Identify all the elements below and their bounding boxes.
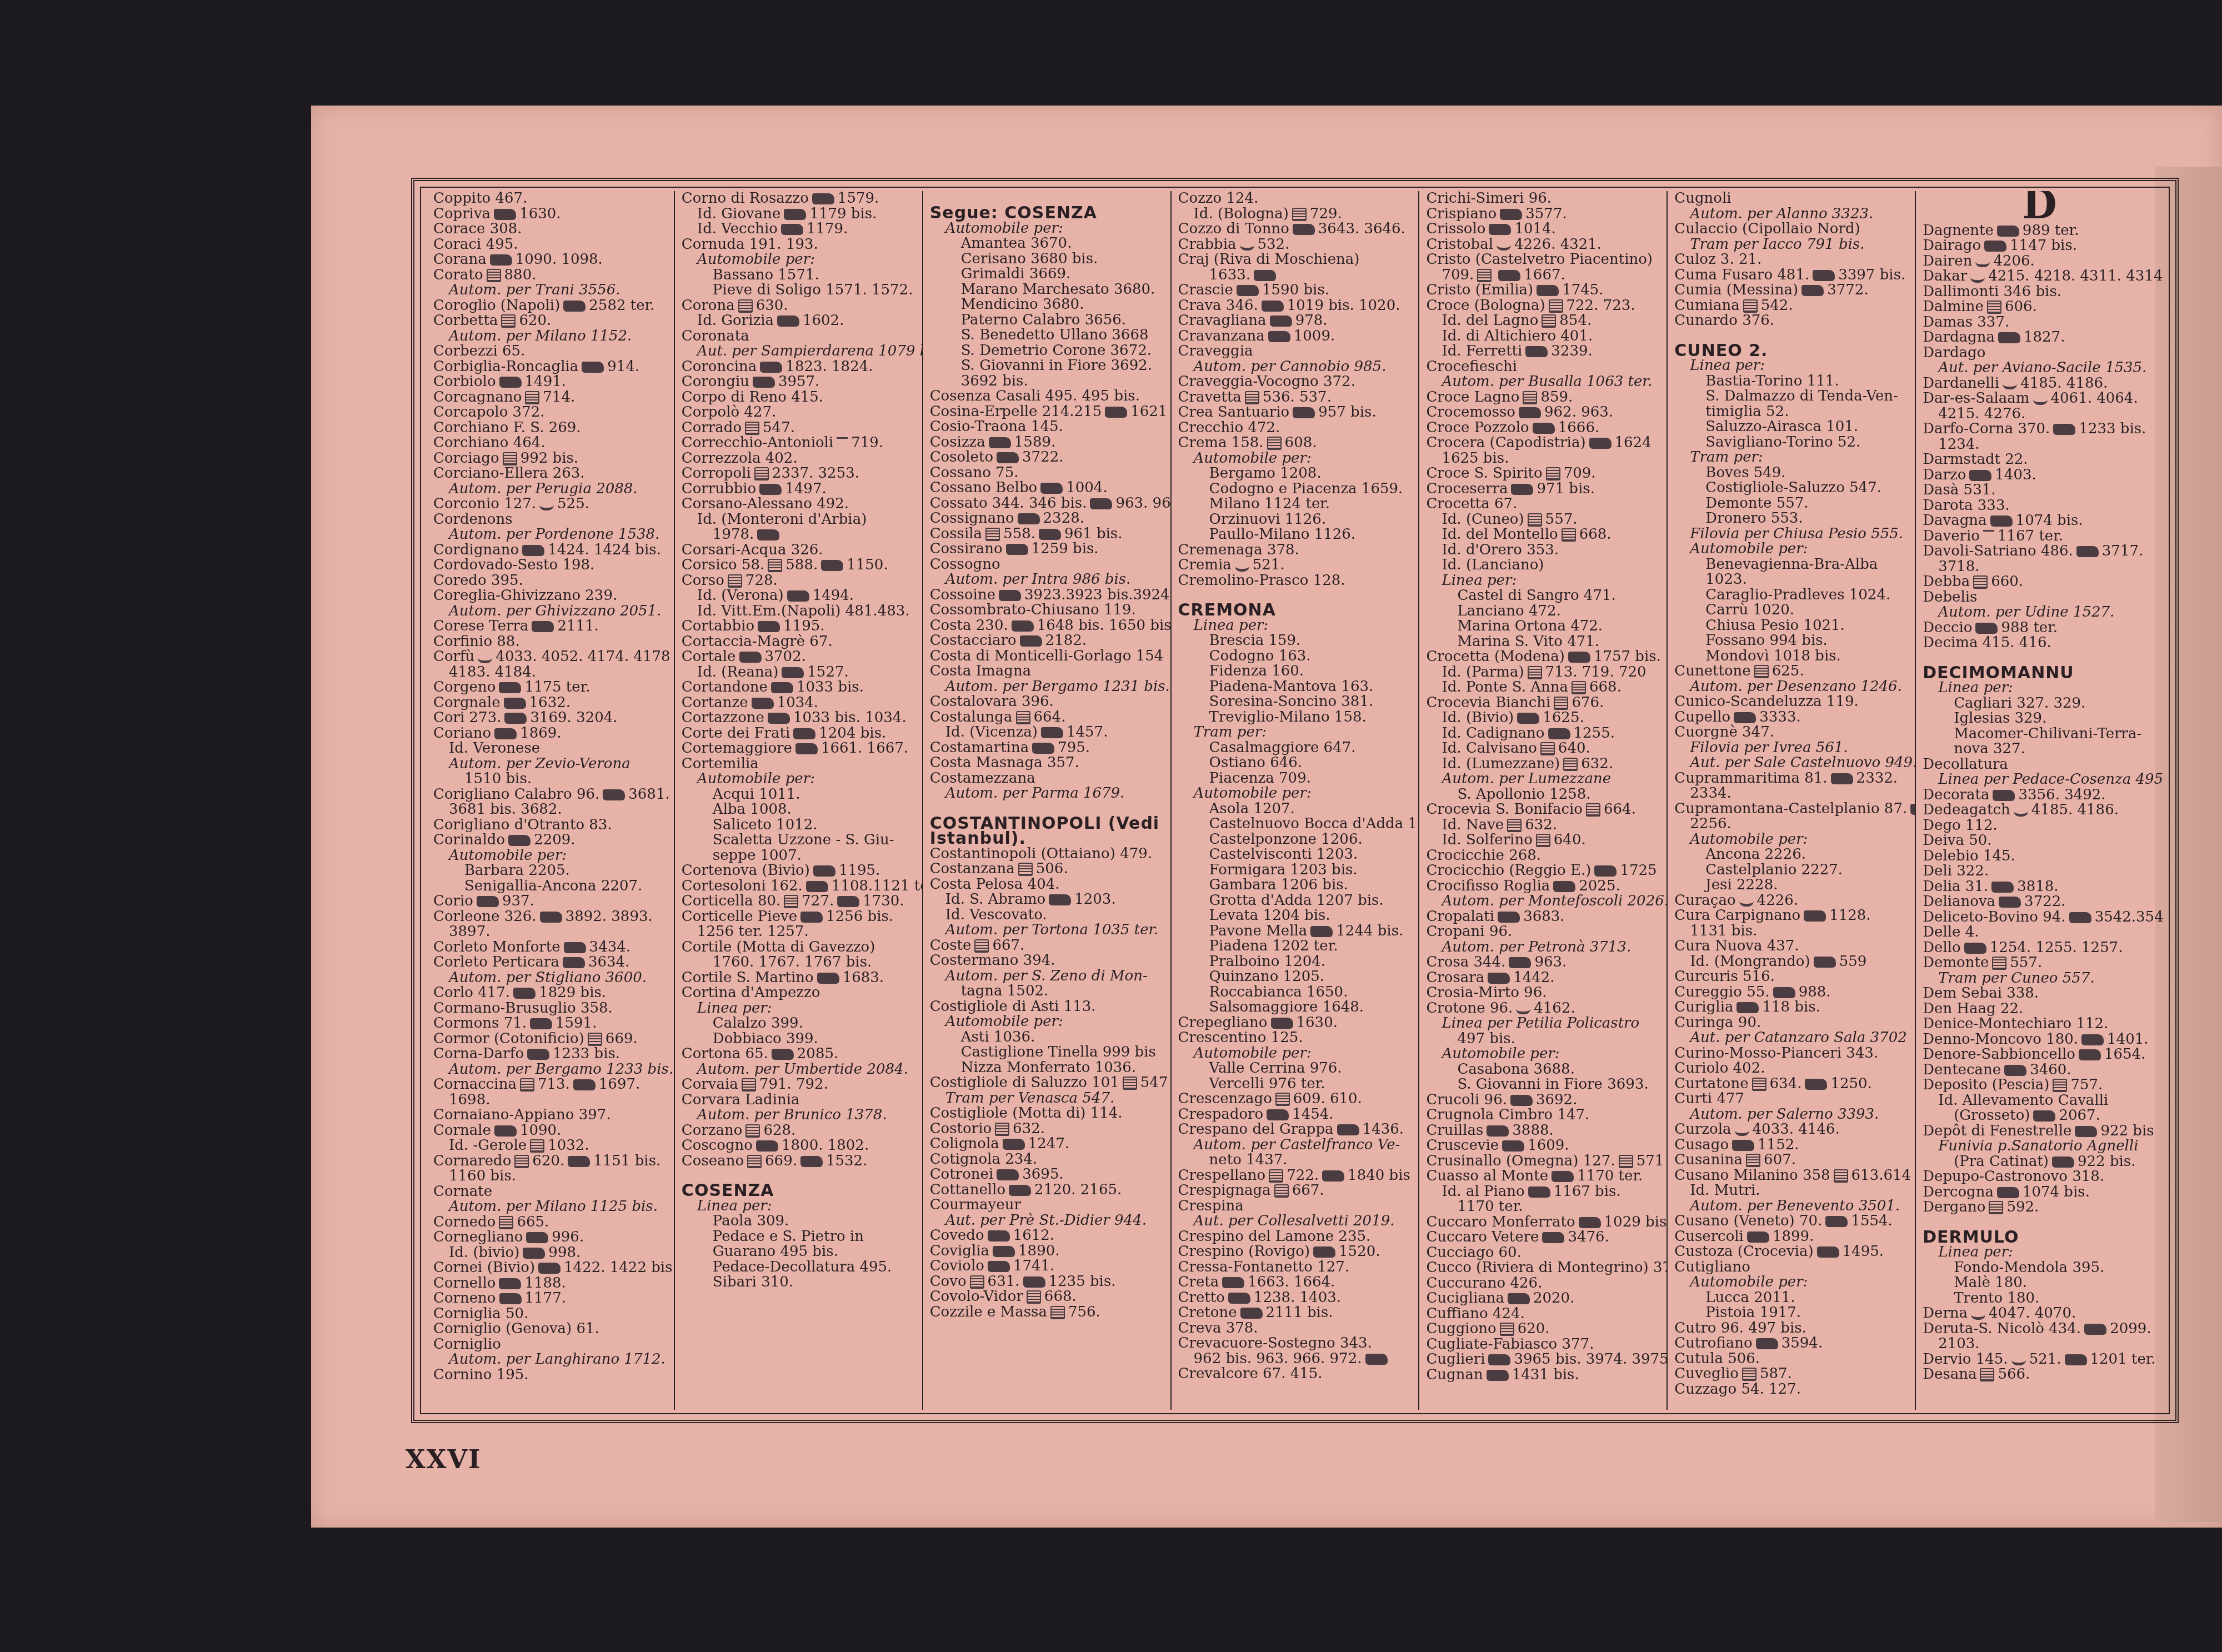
entry-text: Corvara Ladinia	[682, 1092, 800, 1108]
entry-text: neto 1437.	[1209, 1152, 1288, 1168]
entry-text: Codogno e Piacenza 1659.	[1209, 480, 1403, 497]
index-entry: Deposito (Pescia)757.	[1923, 1078, 2156, 1093]
entry-refs: 668.	[1044, 1288, 1077, 1305]
entry-text: 2334.	[1690, 785, 1731, 802]
bus-icon	[526, 1232, 548, 1243]
entry-text: Cremolino-Prasco 128.	[1178, 572, 1345, 589]
index-entry: Costermano 394.	[930, 953, 1164, 969]
index-entry: Crocevia S. Bonifacio664.	[1426, 802, 1660, 818]
entry-text: Curtatone	[1674, 1075, 1748, 1092]
index-entry: Costorio632.	[930, 1122, 1164, 1137]
entry-refs: 1661. 1667.	[821, 740, 908, 757]
index-entry: Cortile (Motta di Gavezzo)	[682, 940, 915, 955]
entry-refs: 630.	[756, 297, 788, 314]
bus-icon	[494, 728, 517, 739]
entry-text: Linea per Petilia Policastro	[1442, 1015, 1639, 1032]
bus-icon	[1012, 620, 1034, 632]
index-entry: Id. Solferino640.	[1426, 833, 1660, 848]
bus-icon	[2004, 1065, 2026, 1076]
bus-icon	[1814, 957, 1836, 968]
entry-text: Crocera (Capodistria)	[1426, 434, 1585, 451]
entry-text: Costigliole di Saluzzo 101	[930, 1074, 1119, 1091]
entry-refs-2: 1840 bis	[1348, 1167, 1410, 1184]
bus-icon	[1734, 712, 1756, 723]
index-entry: Cordenons	[433, 512, 667, 528]
entry-text: Funivia p.Sanatorio Agnelli	[1938, 1138, 2138, 1154]
tram-icon	[520, 1078, 534, 1092]
entry-text: Autom. per Busalla 1063 ter.	[1442, 373, 1652, 390]
index-entry: Saluzzo-Airasca 101.	[1674, 419, 1908, 435]
entry-refs: 2332.	[1856, 770, 1898, 787]
index-entry: Autom. per Stigliano 3600.	[433, 970, 667, 986]
entry-text: Crucoli 96.	[1426, 1092, 1507, 1108]
entry-text: Linea per:	[697, 1198, 772, 1214]
bus-icon	[1969, 470, 1991, 481]
index-entry: Crava 346.1019 bis. 1020.	[1178, 298, 1412, 314]
entry-refs: 3594.	[1781, 1335, 1823, 1351]
index-entry: Corleto Perticara3634.	[433, 955, 667, 970]
index-entry: Cristo (Emilia)1745.	[1426, 283, 1660, 298]
index-entry: Cordovado-Sesto 198.	[433, 558, 667, 573]
entry-text: Cravanzana	[1178, 328, 1265, 344]
entry-refs: 1869.	[520, 725, 561, 742]
index-entry: Cagliari 327. 329.	[1923, 696, 2156, 712]
entry-refs: 713. 719. 720	[1545, 664, 1647, 680]
bus-icon	[752, 698, 774, 709]
entry-text: Cucciago 60.	[1426, 1244, 1522, 1261]
index-entry: Cossogno	[930, 557, 1164, 573]
entry-refs: 1090.	[520, 1122, 561, 1139]
entry-text: Crusinallo (Omegna) 127.	[1426, 1153, 1615, 1169]
entry-text: Pistoia 1917.	[1705, 1304, 1801, 1321]
index-entry: Soresina-Soncino 381.	[1178, 694, 1412, 710]
tram-icon	[1292, 208, 1307, 221]
entry-refs: 1255.	[1574, 725, 1615, 742]
entry-text: Id. Cadignano	[1442, 725, 1544, 742]
index-entry: Costamezzana	[930, 771, 1164, 787]
index-entry: Treviglio-Milano 158.	[1178, 710, 1412, 725]
index-entry: Cossoine3923.3923 bis.3924.	[930, 588, 1164, 603]
index-entry: Cossano Belbo1004.	[930, 480, 1164, 496]
entry-text: Cugnan	[1426, 1366, 1483, 1383]
entry-text: Debba	[1923, 573, 1970, 590]
entry-refs: 2099.	[2110, 1320, 2151, 1337]
tram-icon	[1746, 1154, 1760, 1167]
index-entry: Automobile per:	[930, 221, 1164, 237]
index-entry: Crevalcore 67. 415.	[1178, 1366, 1412, 1382]
entry-text: Linea per:	[1938, 679, 2013, 696]
index-entry: Cuma Fusaro 481.3397 bis.	[1674, 268, 1908, 283]
bus-icon	[757, 529, 779, 540]
bus-icon	[2065, 1354, 2087, 1365]
index-entry: S. Demetrio Corone 3672.	[930, 343, 1164, 359]
entry-refs: 3169. 3204.	[530, 709, 617, 726]
entry-text: Cossignano	[930, 510, 1014, 527]
index-entry: Cutula 506.	[1674, 1351, 1908, 1367]
entry-text: Costantinopoli (Ottaiano) 479.	[930, 845, 1152, 862]
index-entry: Casabona 3688.	[1426, 1062, 1660, 1078]
entry-text: Cristo (Emilia)	[1426, 282, 1533, 298]
entry-text: Dardagna	[1923, 329, 1995, 346]
index-entry: Copriva1630.	[433, 207, 667, 222]
tram-icon	[1267, 437, 1282, 450]
index-entry: Pedace-Decollatura 495.	[682, 1260, 915, 1275]
bus-icon	[1039, 529, 1061, 540]
entry-text: Costermano 394.	[930, 952, 1055, 969]
entry-refs: 669.	[765, 1153, 797, 1169]
index-entry: Autom. per Ghivizzano 2051.	[433, 604, 667, 619]
entry-refs: 118 bis.	[1762, 999, 1820, 1015]
entry-refs: 1495.	[1843, 1243, 1884, 1260]
index-entry: Corciago992 bis.	[433, 451, 667, 467]
tram-icon	[503, 452, 517, 465]
index-entry: Pavone Mella1244 bis.	[1178, 924, 1412, 939]
bus-icon	[513, 988, 536, 999]
entry-refs: 992 bis.	[521, 450, 578, 467]
entry-text: Jesi 2228.	[1705, 877, 1778, 893]
entry-text: timiglia 52.	[1705, 403, 1789, 420]
index-entry: Cortona 65.2085.	[682, 1047, 915, 1062]
index-entry: Corpolò 427.	[682, 405, 915, 420]
entry-text: Cortaccia-Magrè 67.	[682, 633, 833, 650]
entry-refs: 608.	[1285, 434, 1317, 451]
index-entry: Corvara Ladinia	[682, 1093, 915, 1108]
entry-text: Crocicchio (Reggio E.)	[1426, 862, 1591, 879]
entry-text: Corbetta	[433, 312, 498, 329]
index-entry: Autom. per Trani 3556.	[433, 283, 667, 298]
entry-text: Crespignaga	[1178, 1182, 1271, 1199]
index-entry: S. Benedetto Ullano 3668	[930, 328, 1164, 343]
tram-icon	[1987, 301, 2001, 314]
index-entry: Cortaccia-Magrè 67.	[682, 634, 915, 650]
index-entry: Depupo-Castronovo 318.	[1923, 1169, 2156, 1185]
index-entry: Autom. per Busalla 1063 ter.	[1426, 374, 1660, 390]
index-entry: 1978.	[682, 527, 915, 543]
bus-icon	[1009, 1185, 1031, 1196]
index-entry: Cusano (Veneto) 70.1554.	[1674, 1214, 1908, 1229]
bus-icon	[1998, 332, 2020, 343]
bus-icon	[1817, 1246, 1839, 1258]
entry-refs: 1579.	[838, 191, 879, 207]
entry-text: Cossombrato-Chiusano 119.	[930, 602, 1136, 618]
steamer-icon	[1735, 1124, 1749, 1136]
index-entry: Amantea 3670.	[930, 236, 1164, 252]
bus-icon	[1801, 285, 1824, 296]
index-entry: Id. del Lagno854.	[1426, 313, 1660, 329]
index-entry: Corneno1177.	[433, 1291, 667, 1306]
entry-text: Marano Marchesato 3680.	[961, 281, 1155, 298]
index-entry: Davoli-Satriano 486.3717.	[1923, 544, 2156, 559]
index-entry: Cortanze1034.	[682, 695, 915, 711]
entry-refs: 1179.	[807, 221, 848, 237]
index-entry: Costa 230.1648 bis. 1650 bis.	[930, 618, 1164, 634]
index-entry: Macomer-Chilivani-Terra-	[1923, 727, 2156, 742]
entry-refs: 1630.	[1297, 1014, 1338, 1031]
index-entry: Crocefieschi	[1426, 359, 1660, 375]
entry-refs: 557.	[1545, 511, 1578, 528]
entry-text: Cosizza	[930, 434, 985, 450]
index-entry: Autom. per Langhirano 1712.	[433, 1352, 667, 1368]
entry-text: Malè 180.	[1954, 1274, 2027, 1291]
bus-icon	[2075, 1126, 2097, 1137]
index-entry: Chiusa Pesio 1021.	[1674, 618, 1908, 634]
index-entry: Piadena-Mantova 163.	[1178, 679, 1412, 695]
entry-refs: 859.	[1540, 389, 1573, 406]
entry-text: Coroncina	[682, 358, 757, 375]
entry-text: Autom. per Langhirano 1712.	[449, 1351, 665, 1368]
index-entry: Curiolo 402.	[1674, 1061, 1908, 1077]
entry-refs: 613.614	[1851, 1167, 1911, 1184]
entry-text: Croce (Bologna)	[1426, 297, 1545, 314]
bus-icon	[499, 377, 522, 388]
entry-text: Darzo	[1923, 467, 1966, 483]
entry-refs: 709.	[1564, 465, 1596, 482]
index-entry: Id. (Bologna)729.	[1178, 207, 1412, 222]
tram-icon	[747, 1155, 762, 1168]
entry-text: Corneno	[433, 1290, 496, 1306]
entry-text: Castelvisconti 1203.	[1209, 846, 1358, 863]
index-entry: Corropoli2337. 3253.	[682, 466, 915, 482]
entry-refs: 3892. 3893.	[565, 908, 653, 925]
bus-icon	[530, 1018, 552, 1029]
index-entry: S. Giovanni in Fiore 3692.	[930, 358, 1164, 374]
entry-text: Chiusa Pesio 1021.	[1705, 617, 1845, 634]
index-entry: 4183. 4184.	[433, 665, 667, 680]
entry-text: Cusercoli	[1674, 1228, 1744, 1245]
entry-refs: 3717.	[2102, 543, 2143, 559]
entry-refs: 1648 bis. 1650 bis.	[1037, 617, 1172, 634]
index-entry: Id. Ferretti3239.	[1426, 344, 1660, 359]
index-entry: Dallimonti 346 bis.	[1923, 284, 2156, 300]
entry-text: Autom. per Ghivizzano 2051.	[449, 603, 661, 619]
entry-refs: 1757 bis.	[1594, 648, 1661, 665]
entry-refs: 937.	[502, 893, 534, 909]
entry-text: Dairago	[1923, 237, 1981, 254]
index-entry: Culaccio (Cipollaio Nord)	[1674, 222, 1908, 237]
index-entry: Delebio 145.	[1923, 849, 2156, 864]
entry-text: Crissolo	[1426, 221, 1485, 237]
index-entry: Costa Pelosa 404.	[930, 877, 1164, 893]
entry-text: Aut. per Collesalvetti 2019.	[1194, 1213, 1395, 1229]
entry-text: Cutrofiano	[1674, 1335, 1752, 1351]
tram-icon	[1528, 513, 1542, 527]
index-entry: Autom. per Lumezzane	[1426, 772, 1660, 787]
bus-icon	[1511, 484, 1533, 495]
entry-text: Covolo-Vidor	[930, 1288, 1023, 1305]
city-heading: Segue: COSENZA	[930, 206, 1164, 221]
entry-refs: 547	[1140, 1074, 1168, 1091]
entry-refs: 632.	[1013, 1120, 1045, 1137]
entry-text: Cortabbio	[682, 618, 754, 634]
entry-refs: 922 bis.	[2078, 1153, 2135, 1170]
bus-icon	[1488, 973, 1510, 984]
entry-text: Id. S. Abramo	[945, 891, 1046, 908]
index-entry: Corso728.	[682, 573, 915, 589]
city-heading: CUNEO 2.	[1674, 343, 1908, 359]
bus-icon	[1293, 407, 1315, 418]
index-entry: Dergano592.	[1923, 1200, 2156, 1215]
index-entry: S. Giovanni in Fiore 3693.	[1426, 1077, 1660, 1093]
entry-text: Pieve di Soligo 1571. 1572.	[713, 282, 913, 298]
index-entry: Cerisano 3680 bis.	[930, 252, 1164, 267]
entry-text: Dedeagatch	[1923, 802, 2010, 818]
entry-refs: 1827.	[2024, 329, 2065, 346]
index-entry: Grimaldi 3669.	[930, 267, 1164, 282]
index-entry: 1760. 1767. 1767 bis.	[682, 955, 915, 970]
index-entry: Automobile per:	[1674, 832, 1908, 848]
bus-icon	[2033, 1110, 2055, 1122]
bus-icon	[753, 377, 775, 388]
entry-refs: 547.	[763, 419, 795, 436]
bus-icon	[1228, 1293, 1250, 1304]
index-entry: Id. d'Orero 353.	[1426, 543, 1660, 558]
entry-text: Levata 1204 bis.	[1209, 907, 1330, 924]
entry-text: 1510 bis.	[464, 770, 532, 787]
entry-text: Autom. per Bergamo 1231 bis.	[945, 678, 1170, 695]
index-column-2: Corno di Rosazzo1579.Id. Giovane1179 bis…	[675, 191, 923, 1410]
index-entry: (Grosseto)2067.	[1923, 1108, 2156, 1124]
index-entry: Dello1254. 1255. 1257.	[1923, 940, 2156, 956]
entry-text: Croce Pozzolo	[1426, 419, 1529, 436]
entry-text: Dairen	[1923, 253, 1972, 269]
bus-icon	[782, 667, 804, 678]
entry-text: Id. (Lumezzane)	[1442, 755, 1560, 772]
index-entry: Autom. per Tortona 1035 ter.	[930, 923, 1164, 938]
entry-text: Craveggia-Vocogno 372.	[1178, 373, 1355, 390]
entry-text: Automobile per:	[1690, 1274, 1808, 1290]
entry-text: Creva 378.	[1178, 1320, 1258, 1336]
bus-icon	[1594, 865, 1617, 877]
entry-refs: 1663. 1664.	[1248, 1274, 1335, 1290]
bus-icon	[1018, 513, 1040, 524]
index-entry: Cuccaro Vetere3476.	[1426, 1230, 1660, 1245]
entry-text: Cossano 75.	[930, 464, 1019, 481]
entry-text: Autom. per Perugia 2088.	[449, 480, 638, 497]
entry-text: Corsano-Alessano 492.	[682, 495, 849, 512]
index-entry: Corcagnano714.	[433, 390, 667, 406]
steamer-icon	[1971, 1308, 1985, 1320]
index-entry: Funivia p.Sanatorio Agnelli	[1923, 1139, 2156, 1154]
index-entry: Creta1663. 1664.	[1178, 1275, 1412, 1290]
entry-text: Cropalati	[1426, 908, 1494, 925]
index-entry: Marina Ortona 472.	[1426, 619, 1660, 634]
index-entry: Decorata3356. 3492.	[1923, 788, 2156, 803]
index-entry: Davagna1074 bis.	[1923, 513, 2156, 529]
entry-refs: 1436.	[1363, 1121, 1404, 1138]
entry-refs: 714.	[543, 389, 575, 406]
entry-text: Id. Vescovato.	[945, 907, 1047, 923]
entry-text: Aut. per Sale Castelnuovo 949.	[1690, 754, 1916, 771]
entry-text: Id. Solferino	[1442, 832, 1532, 848]
index-entry: Autom. per Petronà 3713.	[1426, 940, 1660, 955]
entry-text: Cupello	[1674, 709, 1730, 725]
entry-text: Aut. per Prè St.-Didier 944.	[945, 1212, 1147, 1229]
index-entry: Correcchio-Antonioli719.	[682, 435, 915, 451]
bus-icon	[563, 301, 585, 312]
entry-text: Id. Giovane	[697, 206, 781, 222]
bus-icon	[1910, 804, 1916, 815]
entry-text: 1023.	[1705, 571, 1746, 588]
index-entry: Cuorgnè 347.	[1674, 725, 1908, 740]
entry-text: Grotta d'Adda 1207 bis.	[1209, 892, 1384, 909]
entry-refs: 1741.	[1013, 1258, 1054, 1274]
entry-text: Saliceto 1012.	[713, 817, 818, 833]
index-entry: Crocetta (Modena)1757 bis.	[1426, 649, 1660, 665]
entry-refs: 1033 bis.	[797, 679, 864, 695]
entry-text: Casabona 3688.	[1457, 1061, 1574, 1078]
entry-text: Corzano	[682, 1122, 743, 1139]
bus-icon	[2076, 546, 2099, 557]
index-entry: Denore-Sabbioncello1654.	[1923, 1047, 2156, 1063]
entry-refs: 4215. 4218. 4311. 4314.	[1988, 268, 2163, 284]
entry-refs: 1090. 1098.	[516, 251, 603, 268]
entry-text: Dem Sebai 338.	[1923, 985, 2039, 1002]
bus-icon	[532, 621, 554, 632]
index-entry: Cravagliana978.	[1178, 313, 1412, 329]
entry-text: Cerisano 3680 bis.	[961, 251, 1098, 267]
entry-text: Cagliari 327. 329.	[1954, 695, 2085, 712]
bus-icon	[997, 452, 1019, 463]
bus-icon	[1090, 498, 1112, 509]
entry-text: Cornedo	[433, 1214, 496, 1230]
bus-icon	[1804, 910, 1826, 922]
index-entry: Costalunga664.	[930, 710, 1164, 725]
entry-text: Corace 308.	[433, 221, 522, 237]
index-entry: Cristo (Castelvetro Piacentino)	[1426, 252, 1660, 268]
entry-text: Denice-Montechiaro 112.	[1923, 1015, 2108, 1032]
entry-text: Deliceto-Bovino 94.	[1923, 909, 2065, 925]
entry-refs: 542.	[1761, 297, 1793, 314]
index-entry: Codogno 163.	[1178, 649, 1412, 664]
index-entry: Cortazzone1033 bis. 1034.	[682, 710, 915, 726]
entry-text: Crabbia	[1178, 236, 1237, 253]
entry-refs: 3957.	[778, 373, 819, 390]
entry-refs: 1033 bis. 1034.	[793, 709, 907, 726]
entry-text: Corato	[433, 267, 483, 283]
index-entry: Curcuris 516.	[1674, 969, 1908, 985]
index-entry: Corfù4033. 4052. 4174. 4178	[433, 649, 667, 665]
tram-icon	[1018, 863, 1033, 876]
index-entry: Cornedo665.	[433, 1215, 667, 1230]
entry-text: Asola 1207.	[1209, 800, 1295, 817]
tram-icon	[1562, 528, 1576, 542]
index-entry: Dasà 531.	[1923, 483, 2156, 498]
tram-icon	[985, 528, 1000, 541]
entry-text: Croce Lagno	[1426, 389, 1519, 406]
entry-text: Corleone 326.	[433, 908, 537, 925]
entry-text: Mendicino 3680.	[961, 296, 1084, 313]
entry-refs: 1203.	[1074, 891, 1115, 908]
index-entry: Cortale3702.	[682, 649, 915, 665]
entry-text: Automobile per:	[697, 770, 815, 787]
index-entry: Calalzo 399.	[682, 1016, 915, 1032]
tram-icon	[588, 1033, 602, 1046]
index-entry: Cosina-Erpelle 214.2151621	[930, 404, 1164, 420]
entry-refs: 632.	[1525, 817, 1557, 833]
index-entry: Cunardo 376.	[1674, 313, 1908, 329]
entry-text: Cupramontana-Castelplanio 87.	[1674, 800, 1907, 817]
index-entry: Corvaia791. 792.	[682, 1077, 915, 1093]
entry-text: Deccio	[1923, 619, 1972, 636]
entry-refs: 2111.	[557, 618, 598, 634]
index-entry: Croce (Bologna)722. 723.	[1426, 298, 1660, 314]
tram-icon	[738, 299, 753, 313]
entry-text: Cosio-Traona 145.	[930, 418, 1063, 435]
index-entry: Id. (Bivio)1625.	[1426, 710, 1660, 726]
entry-text: Cortenova (Bivio)	[682, 862, 810, 879]
index-entry: timiglia 52.	[1674, 404, 1908, 420]
entry-refs: 1244 bis.	[1336, 923, 1403, 939]
